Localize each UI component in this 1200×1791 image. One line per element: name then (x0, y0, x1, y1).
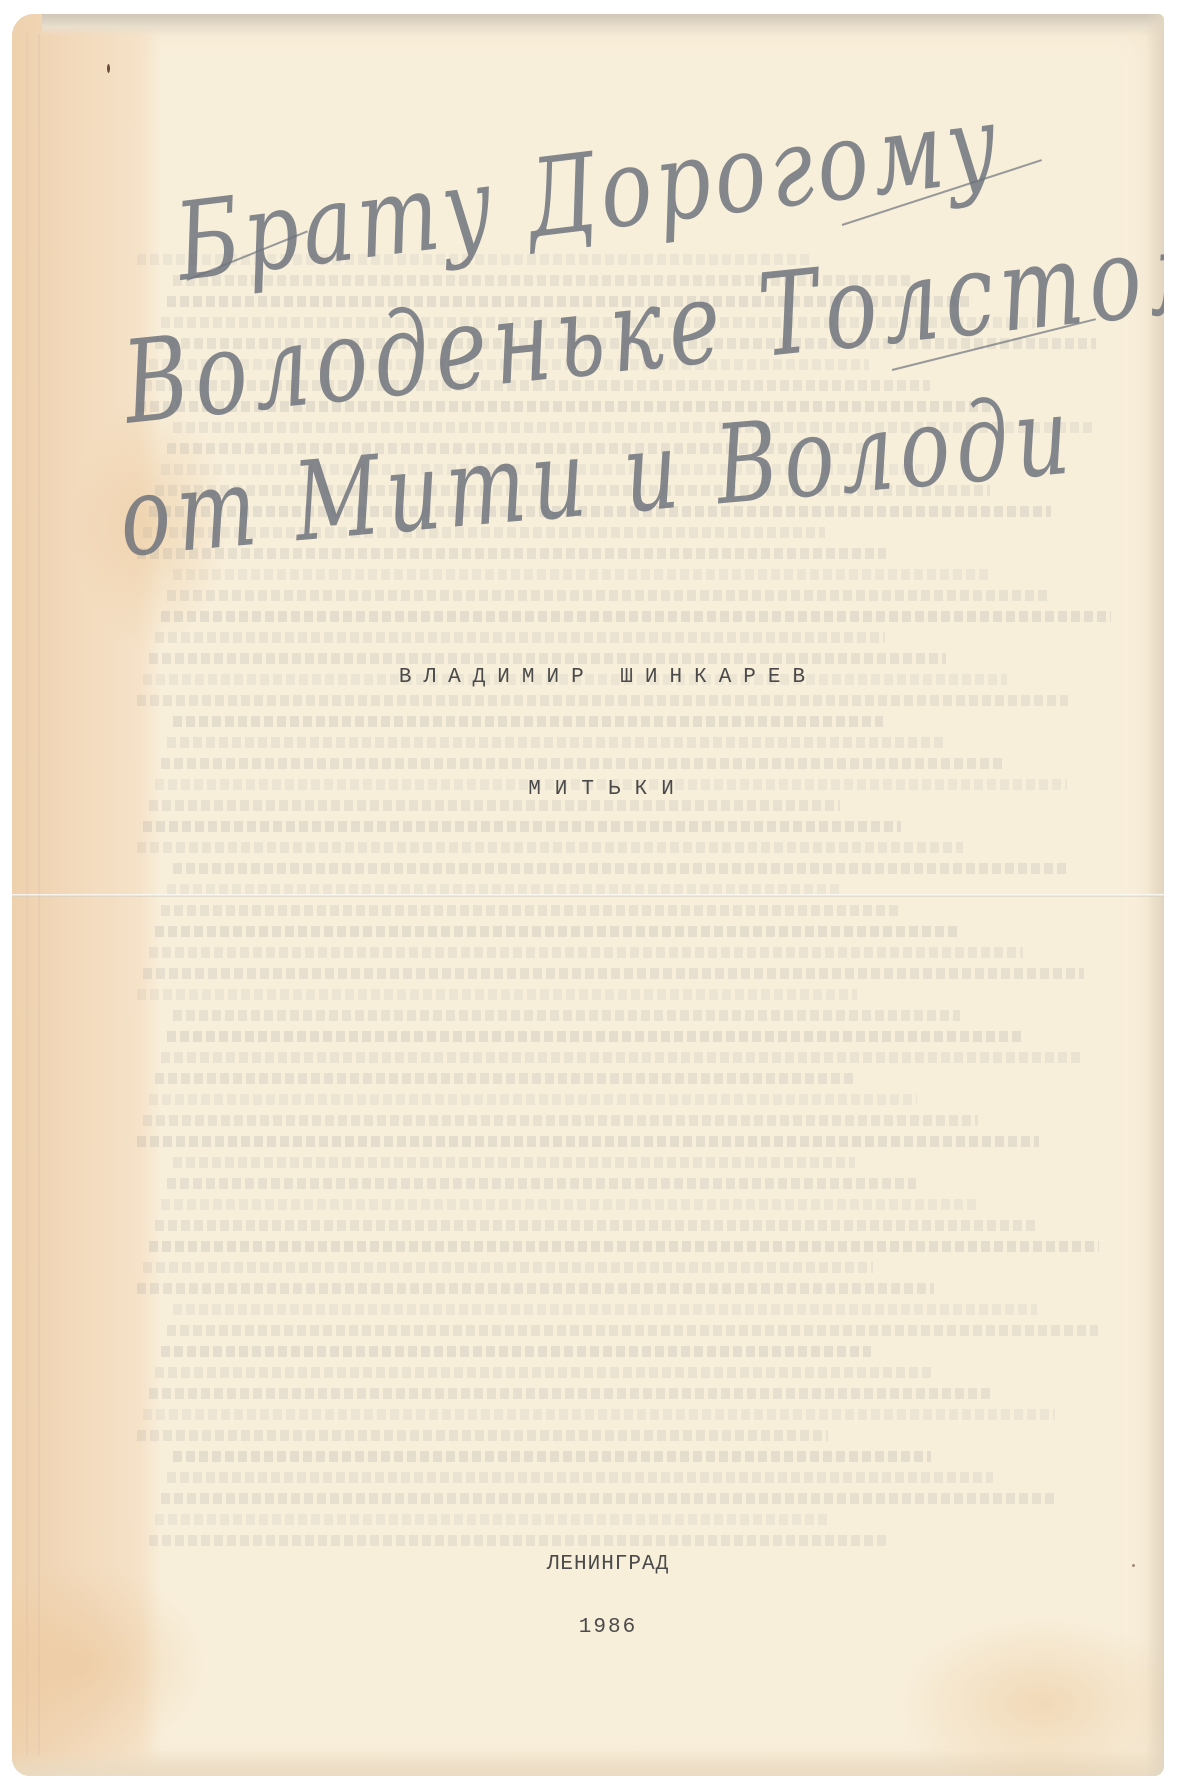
bleed-through-line (149, 1535, 888, 1546)
bleed-through-line (167, 1325, 1098, 1336)
bleed-through-line (149, 947, 1023, 958)
bleed-through-line (155, 1220, 1038, 1231)
bleed-through-line (155, 926, 961, 937)
bleed-through-line (167, 1031, 1021, 1042)
bleed-through-line (155, 1073, 856, 1084)
bleed-through-line (149, 1388, 994, 1399)
bleed-through-line (137, 842, 963, 853)
bleed-through-line (173, 569, 989, 580)
bleed-through-line (137, 1136, 1039, 1147)
bleed-through-line (143, 1115, 978, 1126)
bleed-through-line (149, 653, 946, 664)
bleed-through-line (155, 1367, 933, 1378)
publication-city: ЛЕНИНГРАД (52, 1553, 1164, 1576)
bleed-through-line (149, 800, 840, 811)
bleed-through-line (173, 1157, 855, 1168)
bleed-through-line (137, 1283, 934, 1294)
bleed-through-line (155, 632, 885, 643)
bleed-through-line (173, 1304, 1037, 1315)
bleed-through-line (173, 1010, 960, 1021)
bleed-through-line (143, 1262, 873, 1273)
bleed-through-line (167, 1472, 993, 1483)
fold-crease (12, 894, 1164, 897)
bleed-through-line (143, 1409, 1055, 1420)
water-stain (12, 1564, 212, 1764)
bleed-through-line (149, 1241, 1099, 1252)
bleed-through-line (155, 1514, 827, 1525)
bleed-through-line (161, 1052, 1083, 1063)
bleed-through-line (161, 1493, 1054, 1504)
paper-speck (1132, 1564, 1135, 1567)
bleed-through-line (161, 611, 1111, 622)
bleed-through-line (167, 737, 945, 748)
bleed-through-line (143, 968, 1084, 979)
bleed-through-line (173, 1451, 931, 1462)
publication-year: 1986 (52, 1616, 1164, 1639)
author-name: ВЛАДИМИР ШИНКАРЕВ (52, 666, 1164, 689)
bleed-through-line (167, 590, 1050, 601)
bleed-through-line (137, 989, 857, 1000)
page-top-edge (42, 14, 1164, 36)
bleed-through-line (173, 716, 883, 727)
bleed-through-line (149, 1094, 917, 1105)
bleed-through-line (167, 1178, 916, 1189)
document-title: МИТЬКИ (52, 778, 1164, 801)
bleed-through-line (161, 758, 1006, 769)
bleed-through-line (173, 863, 1066, 874)
document-page: ВЛАДИМИР ШИНКАРЕВ МИТЬКИ ЛЕНИНГРАД 1986 … (12, 14, 1164, 1776)
bleed-through-line (161, 905, 900, 916)
bleed-through-line (137, 1430, 828, 1441)
bleed-through-line (161, 1346, 871, 1357)
bleed-through-line (143, 821, 901, 832)
bleed-through-line (137, 695, 1068, 706)
bleed-through-line (161, 1199, 977, 1210)
paper-speck (107, 64, 110, 73)
